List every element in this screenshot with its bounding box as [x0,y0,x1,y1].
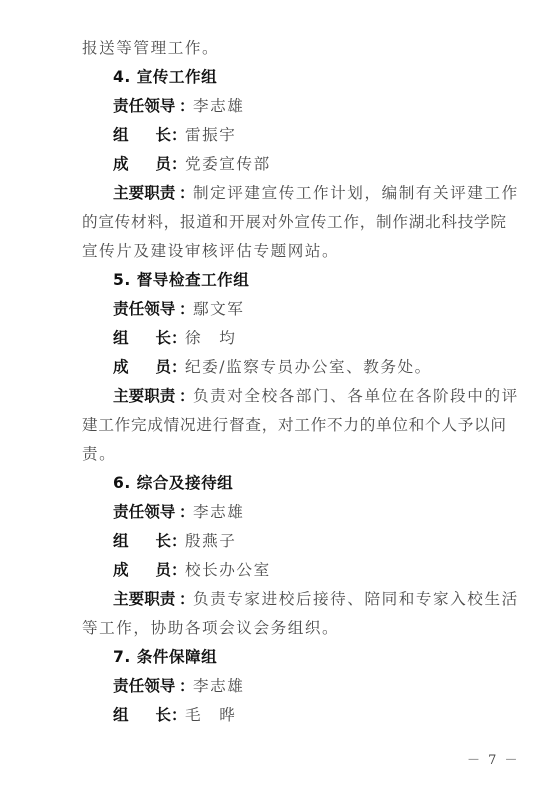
leader-label: 责任领导 [113,498,179,527]
duty-text: 负责对全校各部门、各单位在各阶段中的评 [193,387,519,405]
head-label: 组长 [113,527,171,556]
members-row: 成员：纪委/监察专员办公室、教务处。 [113,353,506,382]
leader-row: 责任领导：李志雄 [113,92,506,121]
duty-label: 主要职责 [113,382,179,411]
duty-label: 主要职责 [113,585,179,614]
leader-value: 李志雄 [193,503,244,521]
members-label: 成员 [113,150,171,179]
section-heading-logistics: 7. 条件保障组 [113,643,506,672]
leader-row: 责任领导：李志雄 [113,672,506,701]
head-value: 徐 均 [185,329,236,347]
leader-row: 责任领导：鄢文军 [113,295,506,324]
colon: ： [171,353,185,382]
members-value: 纪委/监察专员办公室、教务处。 [185,358,432,376]
head-row: 组长：毛 晔 [113,701,506,730]
duty-row: 主要职责：负责对全校各部门、各单位在各阶段中的评 [113,382,506,411]
colon: ： [179,585,193,614]
section-heading-publicity: 4. 宣传工作组 [113,63,506,92]
duty-text: 负责专家进校后接待、陪同和专家入校生活 [193,590,519,608]
duty-row: 主要职责：负责专家进校后接待、陪同和专家入校生活 [113,585,506,614]
members-value: 党委宣传部 [185,155,271,173]
duty-text-line: 责。 [82,440,506,469]
members-label: 成员 [113,556,171,585]
head-label: 组长 [113,121,171,150]
document-page: 报送等管理工作。 4. 宣传工作组 责任领导：李志雄 组长：雷振宇 成员：党委宣… [0,0,558,806]
colon: ： [179,498,193,527]
duty-text-line: 等工作，协助各项会议会务组织。 [82,614,506,643]
head-label: 组长 [113,701,171,730]
duty-label: 主要职责 [113,179,179,208]
section-heading-inspection: 5. 督导检查工作组 [113,266,506,295]
paragraph-continuation: 报送等管理工作。 [82,34,506,63]
colon: ： [171,121,185,150]
colon: ： [171,150,185,179]
leader-value: 李志雄 [193,677,244,695]
leader-value: 李志雄 [193,97,244,115]
head-value: 毛 晔 [185,706,236,724]
colon: ： [171,701,185,730]
head-value: 雷振宇 [185,126,236,144]
head-value: 殷燕子 [185,532,236,550]
members-row: 成员：校长办公室 [113,556,506,585]
head-row: 组长：殷燕子 [113,527,506,556]
colon: ： [171,324,185,353]
colon: ： [179,295,193,324]
duty-text-line: 建工作完成情况进行督查，对工作不力的单位和个人予以问 [82,411,506,440]
members-value: 校长办公室 [185,561,271,579]
members-row: 成员：党委宣传部 [113,150,506,179]
duty-text-line: 宣传片及建设审核评估专题网站。 [82,237,506,266]
head-label: 组长 [113,324,171,353]
page-number: － 7 － [467,749,520,768]
duty-text-line: 的宣传材料，报道和开展对外宣传工作，制作湖北科技学院 [82,208,506,237]
leader-label: 责任领导 [113,92,179,121]
head-row: 组长：徐 均 [113,324,506,353]
leader-label: 责任领导 [113,672,179,701]
colon: ： [179,672,193,701]
members-label: 成员 [113,353,171,382]
colon: ： [179,382,193,411]
duty-text: 制定评建宣传工作计划，编制有关评建工作 [193,184,519,202]
leader-value: 鄢文军 [193,300,244,318]
leader-row: 责任领导：李志雄 [113,498,506,527]
colon: ： [179,179,193,208]
head-row: 组长：雷振宇 [113,121,506,150]
colon: ： [179,92,193,121]
colon: ： [171,556,185,585]
leader-label: 责任领导 [113,295,179,324]
duty-row: 主要职责：制定评建宣传工作计划，编制有关评建工作 [113,179,506,208]
section-heading-reception: 6. 综合及接待组 [113,469,506,498]
colon: ： [171,527,185,556]
